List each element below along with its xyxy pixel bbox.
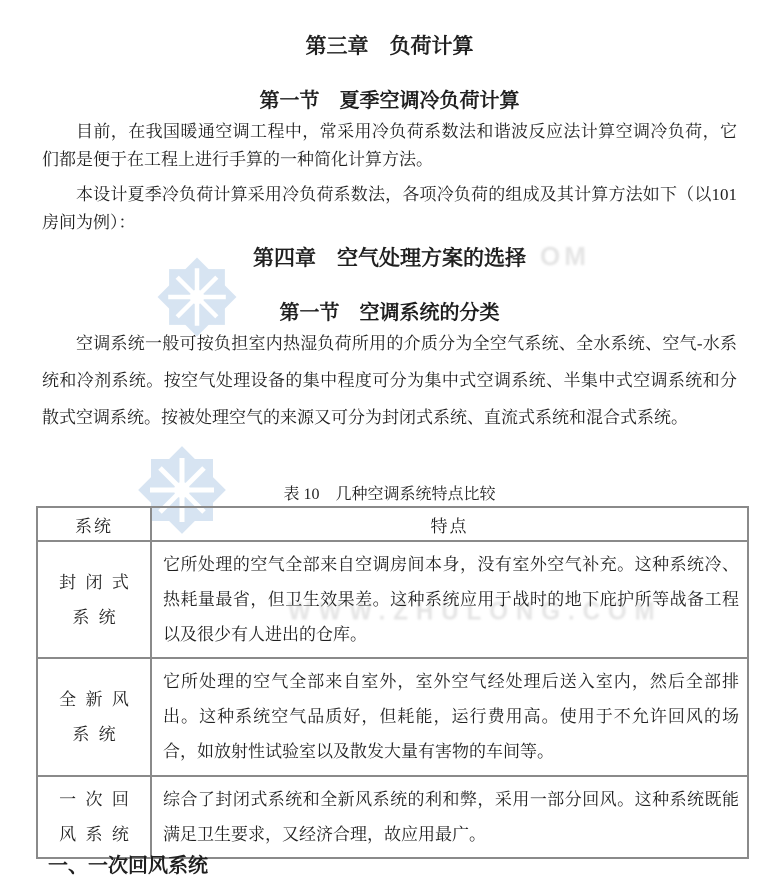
section4-1-title: 第一节 空调系统的分类 — [0, 296, 779, 325]
table-row-full-fresh-air-system: 全新风 系统 它所处理的空气全部来自室外，室外空气经处理后送入室内，然后全部排出… — [37, 658, 748, 776]
table-header-row: 系统 特点 — [37, 507, 748, 541]
system-name-cell: 封闭式 系统 — [37, 541, 151, 658]
section3-1-title: 第一节 夏季空调冷负荷计算 — [0, 84, 779, 113]
table-row-primary-return-air-system: 一次回 风系统 综合了封闭式系统和全新风系统的利和弊，采用一部分回风。这种系统既… — [37, 776, 748, 858]
system-feature-cell: 它所处理的空气全部来自空调房间本身，没有室外空气补充。这种系统冷、热耗量最省，但… — [151, 541, 748, 658]
system-name-cell: 全新风 系统 — [37, 658, 151, 776]
table-row-closed-system: 封闭式 系统 它所处理的空气全部来自空调房间本身，没有室外空气补充。这种系统冷、… — [37, 541, 748, 658]
system-name-cell: 一次回 风系统 — [37, 776, 151, 858]
system-feature-cell: 综合了封闭式系统和全新风系统的利和弊，采用一部分回风。这种系统既能满足卫生要求，… — [151, 776, 748, 858]
paragraph-design-method-example: 本设计夏季冷负荷计算采用冷负荷系数法，各项冷负荷的组成及其计算方法如下（以101… — [42, 181, 737, 237]
chapter3-title: 第三章 负荷计算 — [0, 30, 779, 60]
system-feature-cell: 它所处理的空气全部来自室外，室外空气经处理后送入室内，然后全部排出。这种系统空气… — [151, 658, 748, 776]
table-caption: 表 10 几种空调系统特点比较 — [0, 481, 779, 504]
ac-system-comparison-table: 系统 特点 封闭式 系统 它所处理的空气全部来自空调房间本身，没有室外空气补充。… — [36, 506, 749, 859]
document-page: om www.zhulong.com 第三章 负荷计算 第一节 夏季空调冷负荷计… — [0, 0, 779, 876]
paragraph-cooling-load-methods: 目前，在我国暖通空调工程中，常采用冷负荷系数法和谐波反应法计算空调冷负荷，它们都… — [42, 118, 737, 174]
col-header-features: 特点 — [151, 507, 748, 541]
subsection-primary-return-air-title: 一、一次回风系统 — [48, 849, 208, 876]
chapter4-title: 第四章 空气处理方案的选择 — [0, 242, 779, 272]
col-header-system: 系统 — [37, 507, 151, 541]
paragraph-system-classification: 空调系统一般可按负担室内热湿负荷所用的介质分为全空气系统、全水系统、空气-水系统… — [42, 325, 737, 436]
